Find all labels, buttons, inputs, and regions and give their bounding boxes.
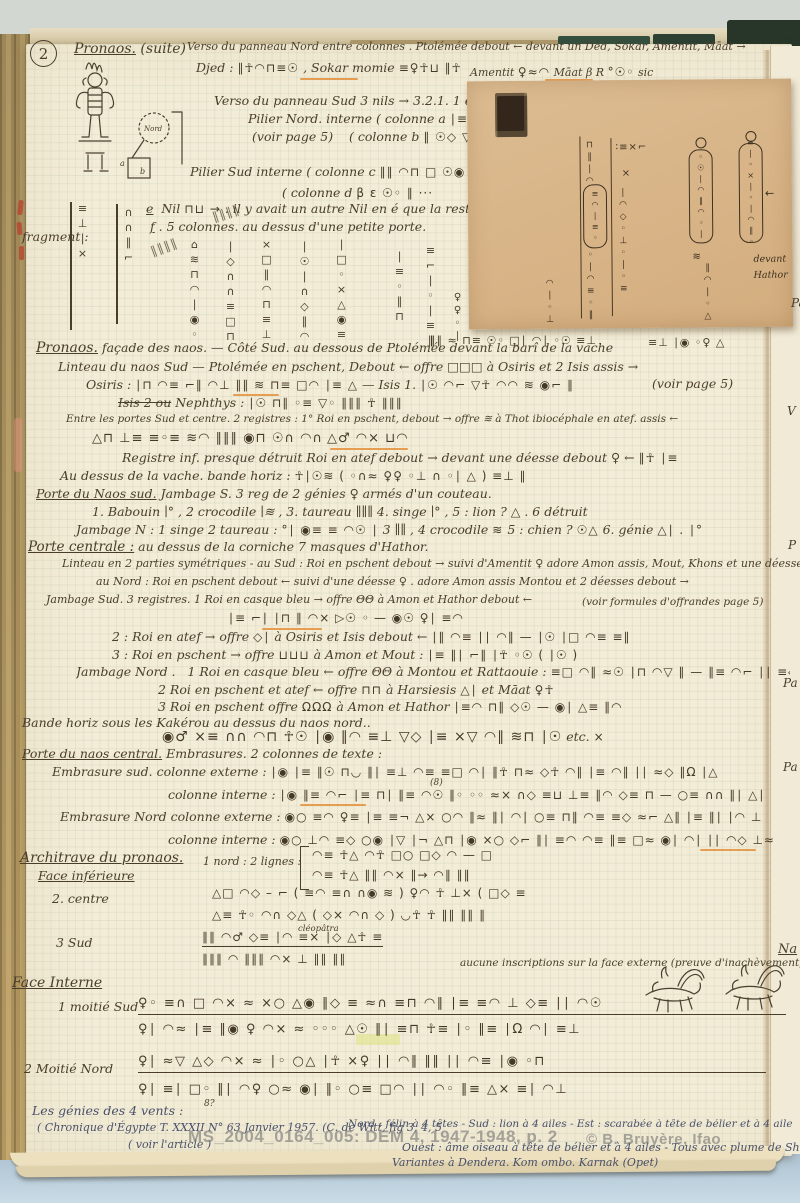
hieroglyph-run: ∥∥ ◠♂ ◇≡ ∣◠ ≡× ∣◇ △☥ ≡: [202, 930, 383, 944]
line-genies-4-vents: Les génies des 4 vents :: [32, 1104, 183, 1118]
line-colonne-interne-nord: colonne interne : ◉○ ⊥◠ ≡◇ ○◉ ∣▽ ∣¬ △⊓ ∣…: [168, 833, 788, 847]
line-text: e: [146, 201, 153, 216]
hieroglyph-run: ◇∣: [253, 630, 270, 644]
line-moitie-sud-glyphs-1: ♀◦ ≡∩ □ ◠× ≈ ×○ △◉ ∥◇ ≡ ≈∩ ≡⊓ ◠∥ ∣≡ ≡◠ ⊥…: [138, 996, 786, 1015]
line-text: Variantes à Dendera. Kom ombo. Karnak (O…: [392, 1156, 658, 1169]
line-text: ( colonne d: [282, 185, 352, 200]
line-text: etc.: [566, 730, 589, 744]
line-text: (8): [430, 778, 443, 788]
line-text: 2. centre: [52, 891, 109, 906]
line-colonne-interne-sud: colonne interne : ∣◉ ∥≡ ◠⌐ ∣≡ ⊓∣ ∥≡ ◠☉ ∥…: [168, 788, 788, 802]
line-text: 3 ∥∥ , 4 crocodile: [383, 522, 489, 537]
line-verso-panneau-nord: Verso du panneau Nord entre colonnes . P…: [187, 41, 746, 53]
note-divider-line: [610, 138, 613, 316]
line-text: à Amon et Hathor: [336, 699, 449, 714]
line-text: Verso du panneau Nord entre colonnes . P…: [187, 40, 746, 53]
line-bande-horiz-kakerou: Bande horiz sous les Kakérou au dessus d…: [22, 716, 371, 730]
line-entre-portes: Entre les portes Sud et centre. 2 regist…: [66, 414, 678, 426]
line-pilier-nord-col-b: (voir page 5) ( colonne b ∥ ☉◇ ▽ ∥ ···: [252, 130, 503, 144]
hieroglyph-run: ∣☉ ⊓∥ ◦≡ ▽◦ ∥∥∥ ☥ ∥∥∥: [248, 396, 402, 410]
line-djed-sokar: Djed : ∥☥◠⊓≡☉ , Sokar momie ≡♀☥⊔ ∥☥: [196, 61, 462, 75]
line-text: et Māat: [482, 682, 531, 697]
hieroglyph-run: △∣: [460, 683, 477, 697]
line-roi-atef: 2 : Roi en atef → offre ◇∣ à Osiris et I…: [112, 630, 631, 644]
next-page-margin-word: V: [787, 404, 796, 418]
hieroglyph-run: ∣∥ ◠≡ ∣∣ ◠∥ — ∣☉ ∣□ ◠≡ ≡∥: [431, 630, 630, 644]
line-text: Entre les portes Sud et centre. 2 regist…: [66, 413, 678, 425]
label-b: b: [140, 167, 145, 176]
line-text: 3 Roi en pschent offre: [158, 699, 298, 714]
hieroglyph-column: ≡⊥∣×: [76, 202, 89, 262]
nord-orientation-diagram: Nord a b: [120, 100, 192, 200]
margin-text: V: [787, 404, 796, 418]
line-text: ( colonne b: [349, 129, 419, 144]
hieroglyph-run: ♀☥: [535, 683, 555, 697]
line-registre-inf: Registre inf. presque détruit Roi en ate…: [122, 451, 678, 465]
heading-porte-naos-central: Porte du naos central.: [22, 746, 162, 761]
heading-pronaos-facade: Pronaos.: [36, 340, 98, 356]
line-pilier-sud-col-d: ( colonne d β ε ☉◦ ∥ ···: [282, 186, 433, 200]
line-text: Au dessus de la vache. bande horiz :: [60, 468, 291, 483]
line-text: Embrasure sud. colonne externe :: [52, 765, 267, 779]
label-1-moitie-sud: 1 moitié Sud: [58, 1000, 138, 1014]
line-text: Jambage Nord .: [76, 665, 176, 679]
hieroglyph-run: ♀∣ ≈▽ △◇ ◠× ≈ ∣◦ ○△ ∣☥ ×♀ ∣∣ ◠∥ ∥∥ ∣∣ ◠≡…: [138, 1054, 546, 1069]
hieroglyph-run: °☉◦: [608, 65, 635, 79]
line-text: (voir page 5): [652, 376, 733, 391]
label-2-centre: 2. centre: [52, 892, 109, 906]
line-hieroglyphs: ∣≡ ⌐∣ ∣⊓ ∥ ◠× ▷☉ ◦ — ◉☉ ♀∣ ≡◠: [228, 611, 464, 625]
line-amentit-partial: Amentit ♀≈◠ Māat β R °☉◦ sic: [470, 66, 653, 79]
hieroglyph-column: ∣≡◦∥⊓: [393, 250, 406, 325]
red-pencil-mark: [19, 246, 24, 260]
line-moitie-nord-glyphs-1: ♀∣ ≈▽ △◇ ◠× ≈ ∣◦ ○△ ∣☥ ×♀ ∣∣ ◠∥ ∥∥ ∣∣ ◠≡…: [138, 1054, 766, 1073]
line-architrave-nord-1: ◠≡ ☥△ ◠☥ □○ □◇ ◠ — □: [312, 848, 493, 862]
line-text: 8?: [204, 1099, 215, 1109]
line-text: . il y avait un autre Nil en é que la re…: [225, 201, 492, 216]
line-sud-glyphs-2: ∥∥∥ ◠ ∥∥∥ ◠× ⊥ ∥∥ ∥∥: [202, 952, 346, 966]
line-linteau-naos-sud: Linteau du naos Sud — Ptolémée en pschen…: [58, 360, 638, 374]
hieroglyph-column: ⊓∥∣◠: [584, 140, 594, 188]
line-hieroglyphs-large: ◉♂ ×≡ ∩∩ ◠⊓ ☥☉ ∣◉ ∥◠ ≡⊥ ▽◇ ∣≡ ×▽ ◠∥ ≋⊓ ∣…: [162, 730, 792, 745]
ref-voir-page5: (voir page 5): [652, 377, 733, 391]
note-caption-hathor: Hathor: [754, 271, 788, 282]
line-text: devant: [753, 254, 786, 265]
line-moitie-nord-glyphs-2: ♀∣ ≡∣ □◦ ∥∣ ◠♀ ○≈ ◉∣ ∥◦ ○≡ □◠ ∣∣ ◠◦ ∥≡ △…: [138, 1082, 766, 1097]
line-porte-naos-sud: Porte du Naos sud. Jambage S. 3 reg de 2…: [36, 487, 492, 501]
line-jambage-nord: Jambage Nord . 1 Roi en casque bleu ← of…: [76, 665, 790, 679]
line-cinq-colonnes: f . 5 colonnes. au dessus d'une petite p…: [150, 220, 426, 234]
cartouche-glyphs: ≡∣◦×∣◦∣◠∥◦: [746, 138, 756, 248]
sun-disk: [695, 137, 706, 148]
line-babouin: 1. Babouin ∣° , 2 crocodile ∣≋ , 3. taur…: [92, 505, 588, 519]
hieroglyph-run: △□ ◠◇ – ⌐ ( ≡◠ ≡∩ ∩◉ ≋ ) ♀◠ ☥ ⊥× ( □◇ ≡: [212, 886, 527, 900]
line-text: Architrave du pronaos.: [20, 850, 183, 866]
hieroglyph-run: β ε ☉◦ ∥ ···: [356, 186, 433, 200]
margin-text: Pa: [791, 296, 800, 310]
bracket: [300, 846, 309, 890]
margin-text: Na: [778, 942, 797, 957]
line-text: façade des naos. — Côté Sud. au dessous …: [102, 340, 613, 355]
hieroglyph-column: ⌂≋⊓◠∣◉◦: [188, 238, 201, 343]
line-roi-pschent-atef: 2 Roi en pschent et atef ← offre ⊓⊓ à Ha…: [158, 683, 554, 697]
fragment-bracket-line: [116, 204, 118, 324]
line-text: au Nord : Roi en pschent debout ← suivi …: [96, 575, 689, 588]
line-text: f: [150, 219, 155, 234]
line-linteau-symetrique: Linteau en 2 parties symétriques - au Su…: [62, 558, 800, 570]
watermark-credit: © B. Bruyère, Ifao: [586, 1131, 721, 1148]
hieroglyph-run: ◠≡ ☥△ ◠☥ □○ □◇ ◠ — □: [312, 848, 493, 862]
line-porte-centrale: Porte centrale : au dessus de la cornich…: [28, 540, 429, 555]
hieroglyph-run: ≡⊥ ∣◉ ◦♀ △: [648, 336, 725, 349]
next-page-margin-word: Pa: [783, 760, 798, 774]
hieroglyph-run: ◉♂ ×≡ ∩∩ ◠⊓ ☥☉ ∣◉ ∥◠ ≡⊥ ▽◇ ∣≡ ×▽ ◠∥ ≋⊓ ∣…: [162, 730, 562, 745]
hieroglyph-column: ∣□◦×△◉≡: [335, 238, 348, 343]
line-text: Jambage N : 1 singe 2 taureau :: [76, 522, 278, 537]
line-text: 6. génie: [603, 522, 654, 537]
line-text: , Sokar momie: [303, 60, 395, 75]
hieroglyph-run: ×: [622, 168, 631, 179]
note-caption-devant: devant: [753, 255, 786, 266]
arrow-annotation: ←: [765, 187, 775, 200]
line-text: 2 Roi en pschent et atef ← offre: [158, 682, 357, 697]
line-variantes-dendera: Variantes à Dendera. Kom ombo. Karnak (O…: [392, 1157, 658, 1169]
hieroglyph-run: △⊓ ⊥≡ ≡◦≡ ≋◠ ∥∥∥ ◉⊓ ☉∩ ◠∩: [92, 431, 323, 446]
fragment-bracket-line: [70, 202, 72, 330]
hieroglyph-run: ♀≈◠: [518, 65, 550, 79]
hieroglyph-run: ×: [594, 730, 605, 744]
line-sud-glyphs-1: ∥∥ ◠♂ ◇≡ ∣◠ ≡× ∣◇ △☥ ≡: [202, 930, 383, 947]
line-text: Linteau en 2 parties symétriques - au Su…: [62, 557, 800, 570]
line-porte-naos-central: Porte du naos central. Embrasures. 2 col…: [22, 747, 382, 761]
line-text: 3 Sud: [56, 935, 93, 950]
line-moitie-sud-glyphs-2: ♀∣ ◠≈ ∣≡ ∥◉ ♀ ◠× ≈ ◦◦◦ △☉ ∥∣ ≡⊓ ☥≡ ∣◦ ∥≡…: [138, 1022, 786, 1037]
line-text: Jambage Sud. 3 registres. 1 Roi en casqu…: [46, 593, 532, 606]
line-pronaos-facade: Pronaos. façade des naos. — Côté Sud. au…: [36, 341, 613, 356]
next-page-margin-word: Na: [778, 942, 797, 957]
hieroglyph-run: ∣☉ ◠⌐ ▽☥ ◠◠ ≋ ◉⌐ ∥: [420, 378, 574, 392]
line-au-dessus-vache: Au dessus de la vache. bande horiz : ☥∣☉…: [60, 469, 527, 483]
line-text: à Harsiesis: [386, 682, 456, 697]
hieroglyph-run: ∥∥∥ ◠ ∥∥∥ ◠× ⊥ ∥∥ ∥∥: [202, 952, 346, 966]
cartouche-glyphs: ≡◠∣≡◦: [590, 189, 599, 244]
label-1-nord-2lignes: 1 nord : 2 lignes :: [203, 856, 301, 868]
hieroglyph-column: ∣☉∣∩◇∥◠: [298, 240, 311, 345]
hieroglyph-run: ♀◦ ≡∩ □ ◠× ≈ ×○ △◉ ∥◇ ≡ ≈∩ ≡⊓ ◠∥ ∣≡ ≡◠ ⊥…: [138, 996, 603, 1011]
heading-suite: (suite): [140, 41, 186, 57]
line-text: Verso du panneau Sud 3 nils → 3.2.1. 1 e…: [214, 93, 489, 108]
hieroglyph-run: △≡ ☥◦ ◠∩ ◇△ ( ◇× ◠∩ ◇ ) ◡☥ ☥ ∥∥ ∥∥ ∥: [212, 908, 486, 922]
line-text: à Amon et Mout :: [314, 647, 424, 662]
line-text: Embrasure Nord colonne externe :: [60, 810, 281, 824]
line-text: 2 Moitié Nord: [24, 1061, 113, 1076]
heading-face-inferieure: Face inférieure: [38, 869, 135, 883]
tiny-note-8: 8?: [204, 1100, 215, 1110]
nord-label: Nord: [143, 125, 163, 133]
next-page-margin-word: Pa: [783, 676, 798, 690]
line-text: colonne interne :: [168, 833, 276, 847]
line-embrasure-sud-externe: Embrasure sud. colonne externe : ∣◉ ∣≡ ∥…: [52, 765, 789, 779]
hieroglyph-run: ⊓⊓: [361, 683, 382, 697]
hieroglyph-run: ≡♀☥⊔ ∥☥: [399, 61, 462, 75]
watermark-text: © B. Bruyère, Ifao: [586, 1131, 721, 1148]
heading-porte-centrale: Porte centrale :: [28, 539, 134, 555]
hieroglyph-column: ∣◇∩∩≡□⊓: [224, 240, 237, 345]
label-3-sud: 3 Sud: [56, 936, 93, 950]
watermark-text: MS_2004_0164_005: DEM 4, 1947-1948, p. 2: [188, 1127, 558, 1146]
hieroglyph-run: ◠≡ ☥△ ∥∥ ◠× ∥→ ◠∥ ∥∥: [312, 868, 471, 882]
line-text: Amentit: [470, 66, 514, 79]
line-pilier-sud-col-c: Pilier Sud interne ( colonne c ∥∥ ◠⊓ □ ☉…: [190, 165, 484, 179]
margin-text: P: [788, 538, 796, 552]
hieroglyph-run: ♀∣ ◠≈ ∣≡ ∥◉ ♀ ◠× ≈ ◦◦◦ △☉ ∥∣ ≡⊓ ☥≡ ∣◦ ∥≡…: [138, 1022, 581, 1037]
line-text: Māat β R: [554, 66, 604, 79]
line-text: Face inférieure: [38, 868, 135, 883]
line-text: colonne interne :: [168, 788, 276, 802]
hieroglyph-run: ∣◉ ∥≡ ◠⌐ ∣≡ ⊓∣ ∥≡ ◠☉ ∥◦ ◦◦ ≈× ∩◇ ≡⊔ ⊥≡ ∥…: [280, 788, 766, 802]
hieroglyph-column: ∣◠◇◦⊥◦∣◦≡: [618, 188, 629, 296]
cartouche: ≡◠∣≡◦: [583, 184, 608, 248]
line-text: Osiris :: [86, 378, 131, 392]
line-text: 5 : chien ?: [507, 522, 572, 537]
line-osiris-isis: Osiris : ∣⊓ ◠≡ ⌐∥ ◠⊥ ∥∥ ≋ ⊓≡ □◠ ∣≡ △ — I…: [86, 378, 646, 392]
line-text: Pilier Nord. interne ( colonne a: [248, 111, 446, 126]
line-text: au dessus de la corniche 7 masques d'Hat…: [138, 539, 428, 554]
next-page-margin-word: Pa: [791, 296, 800, 310]
hieroglyph-run: ◉○ ≡◠ ♀≡ ∣≡ ≡¬ △× ○◠ ∥≈ ∥∣ ◠∣ ○≡ ⊓∥ ◠≡ ≡…: [285, 810, 763, 824]
hieroglyph-run: ∶≡×⌐: [615, 142, 647, 153]
ref-formules-offrandes: (voir formules d'offrandes page 5): [582, 597, 763, 609]
line-au-nord: au Nord : Roi en pschent debout ← suivi …: [96, 576, 689, 588]
hieroglyph-run: ☉△: [577, 523, 599, 537]
line-roi-offre-amon: 3 Roi en pschent offre ΩΩΩ à Amon et Hat…: [158, 700, 623, 714]
line-text: (voir formules d'offrandes page 5): [582, 596, 763, 608]
line-text: Djed :: [196, 60, 233, 75]
hieroglyph-run: ∣⊓ ◠≡ ⌐∥ ◠⊥ ∥∥ ≋ ⊓≡ □◠ ∣≡ △: [135, 378, 358, 392]
hieroglyph-run: ∣≡ ∥∣ ⌐∥ ∣☥ ◦☉ ( ∣☉ ): [427, 648, 578, 662]
line-text: Embrasures. 2 colonnes de texte :: [166, 746, 382, 761]
line-text: Registre inf. presque détruit Roi en ate…: [122, 450, 635, 465]
line-hieroglyphs: △⊓ ⊥≡ ≡◦≡ ≋◠ ∥∥∥ ◉⊓ ☉∩ ◠∩ △♂ ◠× ⊔◠: [92, 431, 409, 446]
line-text: Face Interne: [12, 975, 102, 991]
stamp-hieroglyph-block: [495, 93, 527, 137]
line-roi-pschent: 3 : Roi en pschent → offre ⊔⊔⊔ à Amon et…: [112, 648, 578, 662]
hieroglyph-run: ∥☥ ∣≡: [639, 451, 679, 465]
line-text: Nephthys :: [175, 395, 244, 410]
line-text: 1 moitié Sud: [58, 999, 138, 1014]
hieroglyph-run: ◉○ ⊥◠ ≡◇ ○◉ ∣▽ ∣¬ △⊓ ∣◉ ×○ ◇⌐ ∥∣ ≡◠ ◠≡ ∥…: [280, 833, 775, 847]
hieroglyph-run: ≋: [492, 523, 503, 537]
line-text: sic: [638, 66, 653, 79]
struck-text: Isis 2 ou: [118, 395, 171, 410]
hieroglyph-run: ∣◉ ∣≡ ∥☉ ⊓◡ ∥∣ ≡⊥ ◠≡ ≡□ ◠∣ ∥☥ ⊓≈ ◇☥ ◠∥ ∣…: [271, 765, 719, 779]
line-jambage-sud: Jambage Sud. 3 registres. 1 Roi en casqu…: [46, 594, 532, 606]
next-page-margin-word: P: [788, 538, 796, 552]
hieroglyph-run: ☥∣☉≋ ( ◦∩≈ ♀♀ ◦⊥ ∩ ◦∣ △ ) ≡⊥ ∥: [295, 469, 527, 483]
scanned-notebook-photo: { "page": {"number": "2"}, "watermark": …: [0, 0, 800, 1203]
hieroglyph-column: ◦∣◠≡◦∥: [585, 250, 596, 322]
heading-architrave: Architrave du pronaos.: [20, 851, 183, 866]
heading-porte-naos-sud: Porte du Naos sud.: [36, 486, 157, 501]
watermark-manuscript-id: MS_2004_0164_005: DEM 4, 1947-1948, p. 2: [188, 1127, 558, 1147]
hieroglyph-run: ΩΩΩ: [302, 700, 333, 714]
line-text: 1 Roi en casque bleu ← offre ΘΘ à Montou…: [187, 665, 546, 679]
hieroglyph-run: △∣ . ∣°: [657, 523, 703, 537]
line-text: (voir page 5): [252, 129, 333, 144]
hieroglyph-column: ×□∥◠⊓≡⊥: [260, 238, 273, 343]
line-text: Jambage S. 3 reg de 2 génies ♀ armés d'u…: [161, 486, 492, 501]
note-divider-line: [579, 136, 582, 318]
hieroglyph-run: ♀∣ ≡∣ □◦ ∥∣ ◠♀ ○≈ ◉∣ ∥◦ ○≡ □◠ ∣∣ ◠◦ ∥≡ △…: [138, 1082, 568, 1097]
line-text: Bande horiz sous les Kakérou au dessus d…: [22, 715, 371, 730]
line-text: Les génies des 4 vents :: [32, 1103, 183, 1118]
hieroglyph-run: ∣≡◠ ⊓∥ ◇☉ — ◉∣ △≡ ∥◠: [454, 700, 623, 714]
hieroglyph-run: ≋: [692, 251, 701, 262]
line-text: 1. Babouin ∣° , 2 crocodile ∣≋ , 3. taur…: [92, 504, 588, 519]
hieroglyph-column: ◠∣◦⊥: [545, 279, 555, 327]
line-text: 1 nord : 2 lignes :: [203, 855, 301, 868]
line-nephthys: Isis 2 ou Nephthys : ∣☉ ⊓∥ ◦≡ ▽◦ ∥∥∥ ☥ ∥…: [118, 396, 403, 410]
pink-smudge: [14, 418, 22, 472]
line-text: à Osiris et Isis debout ←: [274, 629, 427, 644]
heading-face-interne: Face Interne: [12, 976, 102, 991]
margin-text: Pa: [783, 760, 798, 774]
line-centre-glyphs-1: △□ ◠◇ – ⌐ ( ≡◠ ≡∩ ∩◉ ≋ ) ♀◠ ☥ ⊥× ( □◇ ≡: [212, 886, 782, 900]
line-text: . 5 colonnes. au dessus d'une petite por…: [159, 219, 427, 234]
hieroglyph-run: ≡□ ◠∥ ≈☉ ∣⊓ ◠▽ ∥ — ∥≡ ◠⌐ ∣∣ ≡◇: [551, 665, 790, 679]
line-text: Hathor: [754, 270, 788, 281]
hieroglyph-column: ∩∩∥⌐: [122, 206, 135, 266]
hieroglyph-run: — ◉☉ ♀∣ ≡◠: [374, 611, 464, 625]
line-architrave-nord-2: ◠≡ ☥△ ∥∥ ◠× ∥→ ◠∥ ∥∥: [312, 868, 471, 882]
line-embrasure-nord-externe: Embrasure Nord colonne externe : ◉○ ≡◠ ♀…: [60, 810, 790, 824]
cartouche-glyphs: ◦☉∣◠∥◠◦∣: [696, 152, 706, 240]
hieroglyph-run: °∣ ◉≡ ≡ ◠☉ ∣: [282, 523, 379, 537]
hieroglyph-run: ⊔⊔⊔: [279, 648, 310, 662]
cartouche: ◦☉∣◠∥◠◦∣: [689, 149, 714, 243]
line-text: 3 : Roi en pschent → offre: [112, 647, 275, 662]
line-text: Linteau du naos Sud — Ptolémée en pschen…: [58, 359, 638, 374]
page-number: 2: [30, 40, 57, 67]
line-text: — Isis 1.: [362, 378, 416, 392]
hieroglyph-column: ∥◠∣◦△: [703, 263, 714, 323]
line-text: 2 : Roi en atef → offre: [112, 629, 249, 644]
line-centre-glyphs-2: △≡ ☥◦ ◠∩ ◇△ ( ◇× ◠∩ ◇ ) ◡☥ ☥ ∥∥ ∥∥ ∥: [212, 908, 782, 922]
page-number-value: 2: [39, 45, 49, 63]
pasted-note-paper: ⊓∥∣◠ ≡◠∣≡◦ ◦∣◠≡◦∥ ∶≡×⌐ × ∣◠◇◦⊥◦∣◦≡ ◦☉∣◠∥…: [467, 79, 793, 330]
hieroglyph-run: ∣≡ ⌐∣ ∣⊓ ∥ ◠× ▷☉ ◦: [228, 611, 370, 625]
margin-text: Pa: [783, 676, 798, 690]
line-text: Pilier Sud interne ( colonne c: [190, 164, 376, 179]
line-text: Nil: [161, 201, 180, 216]
hieroglyph-run: ∥☥◠⊓≡☉: [237, 61, 299, 75]
cartouche: ≡∣◦×∣◦∣◠∥◦: [738, 143, 763, 243]
label-a: a: [120, 159, 125, 168]
line-nil-e: e Nil ⊓⊔ → . il y avait un autre Nil en …: [146, 202, 492, 216]
hieroglyph-run: △♂ ◠× ⊔◠: [327, 431, 409, 446]
bes-figure-sketch: [64, 55, 126, 185]
line-jambage-n: Jambage N : 1 singe 2 taureau : °∣ ◉≡ ≡ …: [76, 523, 703, 537]
label-2-moitie-nord: 2 Moitié Nord: [24, 1062, 113, 1076]
